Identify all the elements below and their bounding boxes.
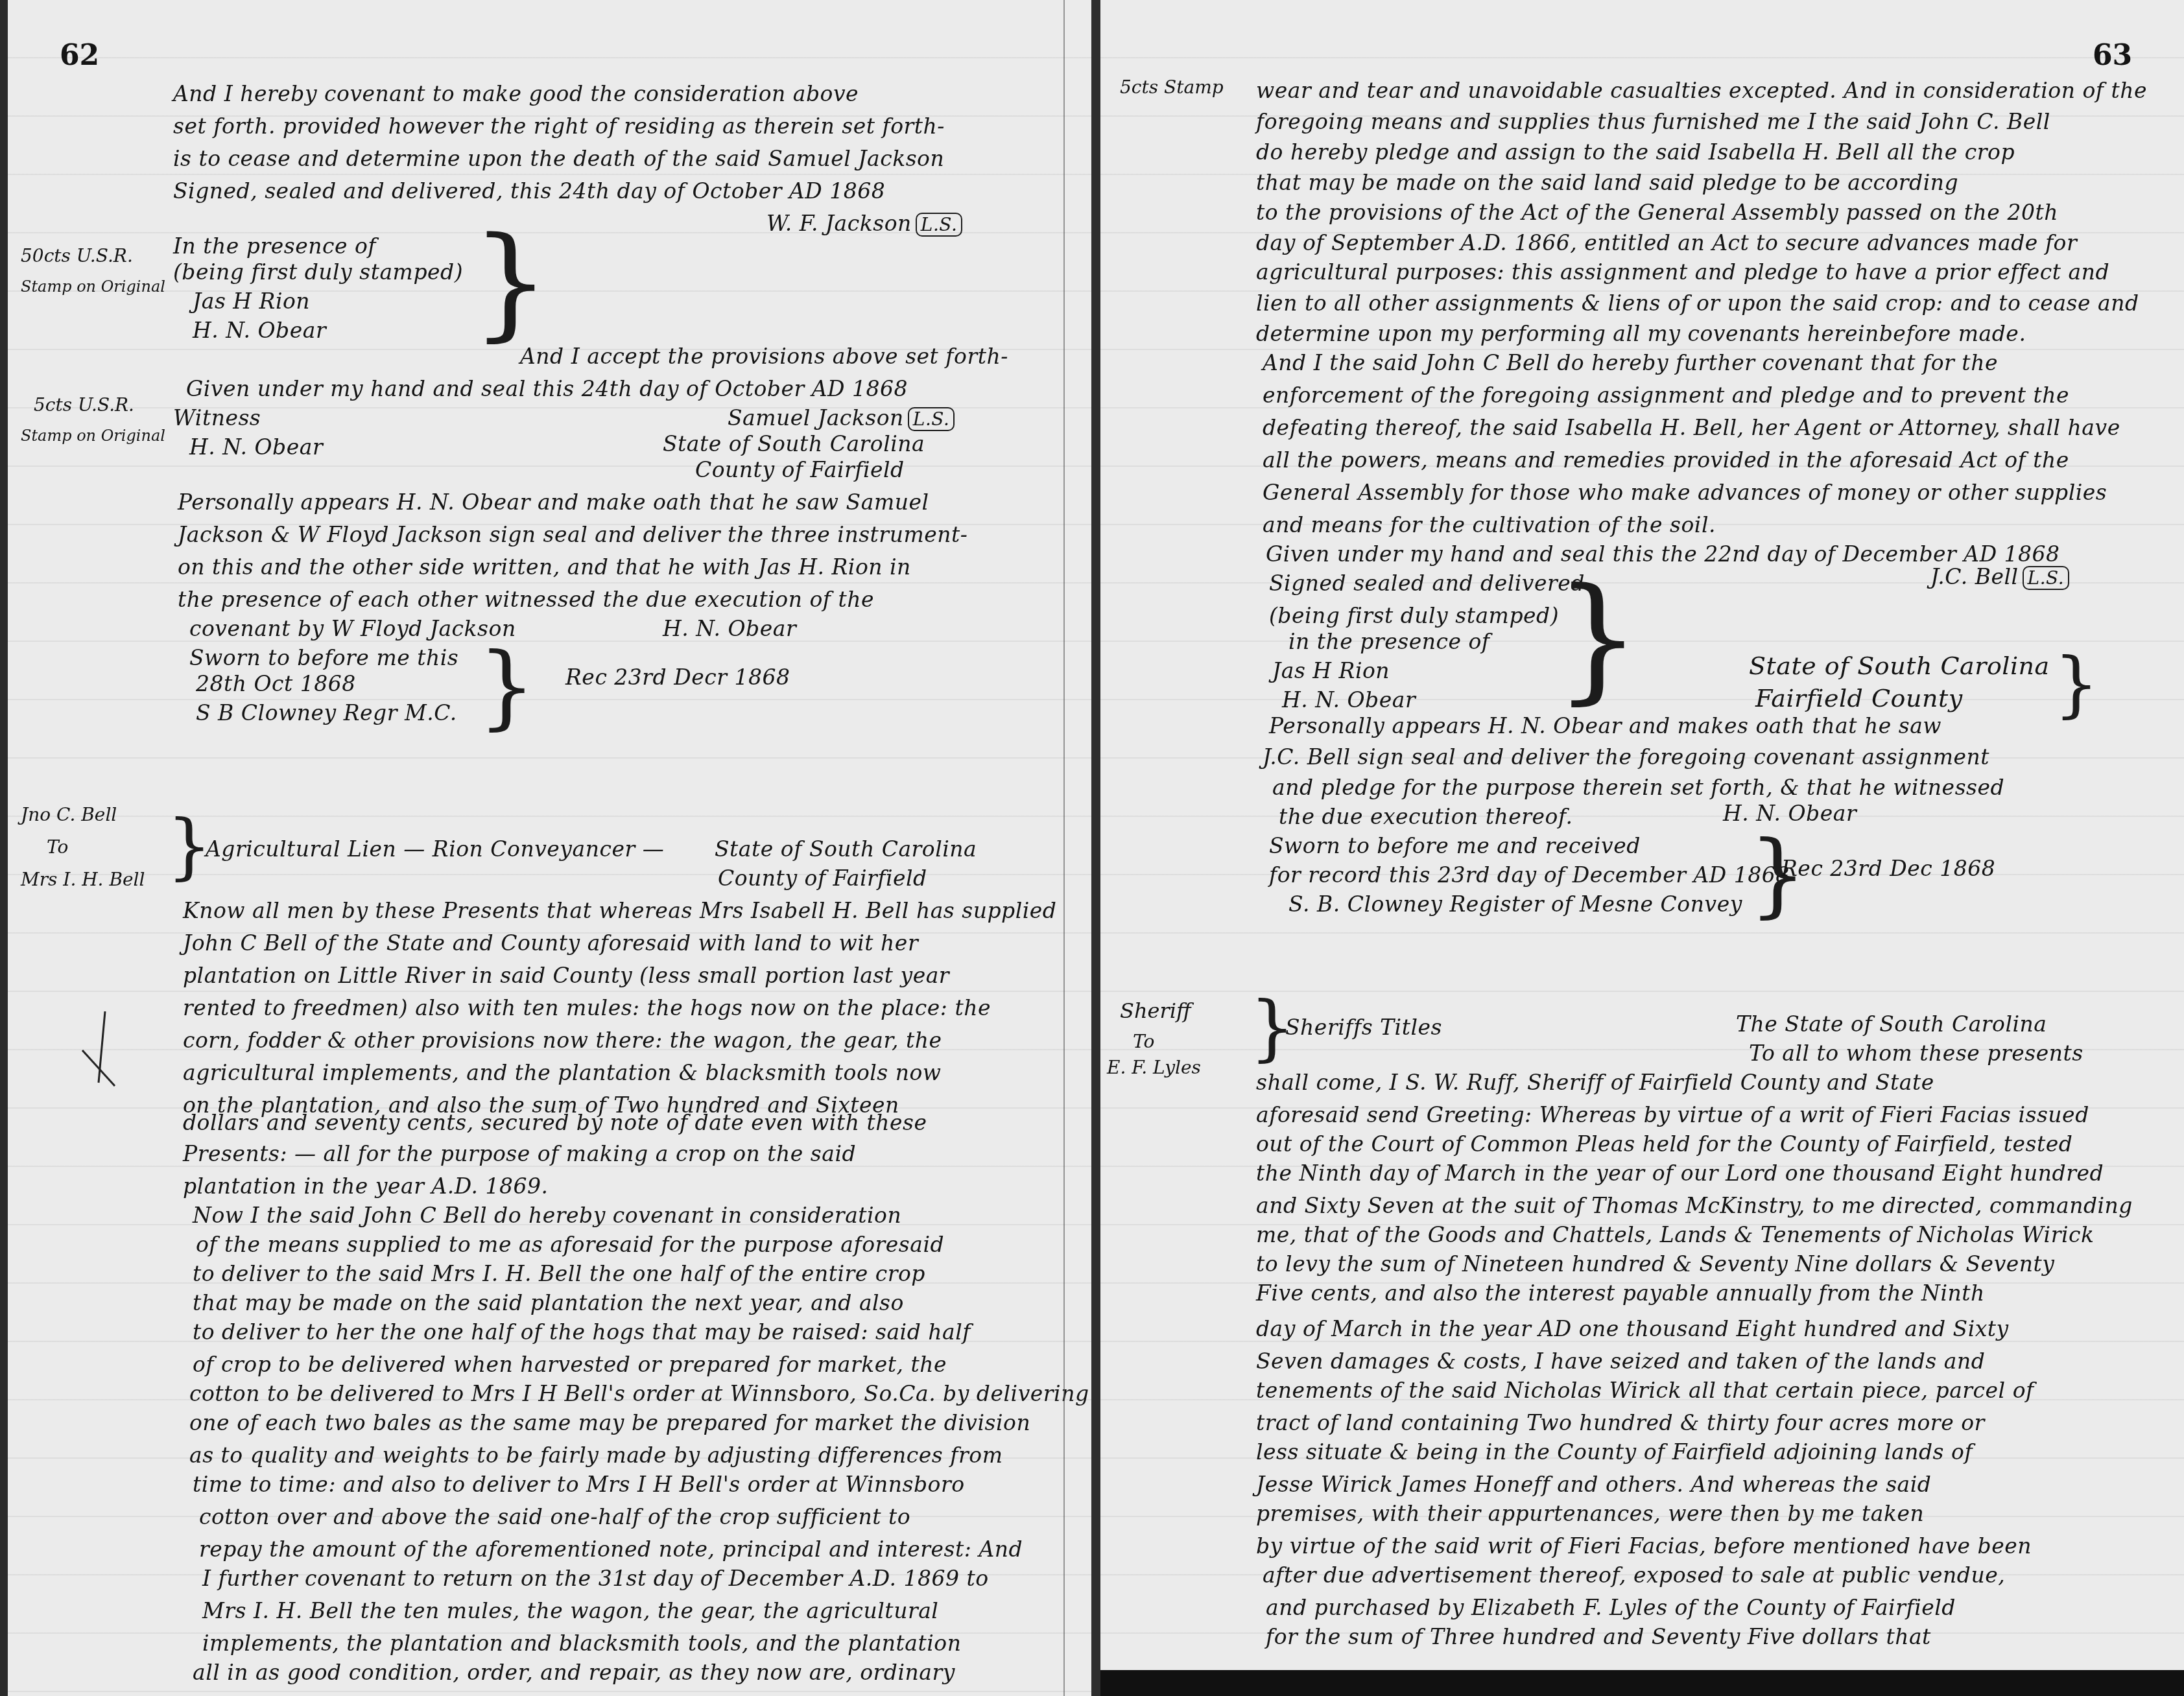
text-line: covenant by W Floyd Jackson [189, 616, 516, 641]
bottom-edge [1100, 1670, 2184, 1696]
text-line: do hereby pledge and assign to the said … [1256, 139, 2015, 165]
text-line: aforesaid send Greeting: Whereas by virt… [1256, 1102, 2089, 1127]
text-line: Given under my hand and seal this the 22… [1266, 541, 2060, 567]
text-line: Sworn to before me this [189, 645, 458, 670]
margin-note-stamp: 5cts Stamp [1120, 77, 1224, 98]
text-line: defeating thereof, the said Isabella H. … [1263, 415, 2120, 440]
margin-note-to: To [1133, 1031, 1154, 1052]
margin-note-grantor: Sheriff [1120, 998, 1191, 1023]
text-line: set forth. provided however the right of… [173, 113, 945, 139]
state-heading: The State of South Carolina [1736, 1011, 2047, 1037]
county-heading: County of Fairfield [718, 866, 927, 891]
registrar-signature: S. B. Clowney Register of Mesne Convey [1288, 891, 1742, 917]
text-line: Sworn to before me and received [1269, 833, 1641, 858]
text-line: determine upon my performing all my cove… [1256, 321, 2026, 346]
brace: } [2054, 648, 2099, 720]
text-line: J.C. Bell sign seal and deliver the fore… [1263, 744, 1989, 770]
text-line: Given under my hand and seal this 24th d… [186, 376, 908, 401]
text-line: In the presence of [173, 233, 376, 259]
text-line: me, that of the Goods and Chattels, Land… [1256, 1222, 2094, 1247]
text-line: the Ninth day of March in the year of ou… [1256, 1160, 2104, 1186]
text-line: for the sum of Three hundred and Seventy… [1266, 1624, 1931, 1649]
address-line: To all to whom these presents [1749, 1041, 2083, 1066]
text-line: Know all men by these Presents that wher… [183, 898, 1056, 923]
witness-name: H. N. Obear [189, 434, 323, 460]
text-line: cotton to be delivered to Mrs I H Bell's… [189, 1381, 1089, 1406]
text-line: corn, fodder & other provisions now ther… [183, 1028, 942, 1053]
text-line: and Sixty Seven at the suit of Thomas Mc… [1256, 1193, 2133, 1218]
witness-name: H. N. Obear [1282, 687, 1416, 713]
text-line: Signed sealed and delivered [1269, 571, 1585, 596]
seal-mark: L.S. [2023, 566, 2070, 590]
state-heading: State of South Carolina [1749, 652, 2050, 680]
margin-note-grantee: E. F. Lyles [1107, 1057, 1201, 1078]
text-line: Jackson & W Floyd Jackson sign seal and … [178, 522, 967, 547]
brace: } [478, 642, 536, 733]
text-line: (being first duly stamped) [173, 259, 463, 285]
text-line: Five cents, and also the interest payabl… [1256, 1280, 1985, 1306]
text-line: plantation in the year A.D. 1869. [183, 1173, 548, 1199]
text-line: And I the said John C Bell do hereby fur… [1263, 350, 1998, 375]
text-line: And I accept the provisions above set fo… [520, 344, 1008, 369]
text-line: Personally appears H. N. Obear and make … [178, 489, 929, 515]
margin-note-grantor: Jno C. Bell [21, 804, 117, 825]
state-heading: State of South Carolina [715, 836, 977, 862]
page-number: 63 [2093, 39, 2132, 72]
text-line: as to quality and weights to be fairly m… [189, 1443, 1003, 1468]
state-heading: State of South Carolina [663, 431, 925, 456]
text-line: to the provisions of the Act of the Gene… [1256, 200, 2058, 225]
text-line: And I hereby covenant to make good the c… [173, 81, 859, 106]
text-line: to levy the sum of Nineteen hundred & Se… [1256, 1251, 2054, 1277]
text-line: I further covenant to return on the 31st… [202, 1566, 989, 1591]
margin-note-grantee: Mrs I. H. Bell [21, 869, 145, 890]
text-line: lien to all other assignments & liens of… [1256, 290, 2139, 316]
seal-mark: L.S. [908, 407, 955, 431]
record-date: Rec 23rd Dec 1868 [1781, 856, 1995, 881]
instrument-title: Agricultural Lien — Rion Conveyancer — [206, 836, 664, 862]
text-line: after due advertisement thereof, exposed… [1263, 1562, 2005, 1588]
text-line: and means for the cultivation of the soi… [1263, 512, 1716, 537]
text-line: repay the amount of the aforementioned n… [199, 1537, 1023, 1562]
text-line: that may be made on the said land said p… [1256, 170, 1958, 195]
text-line: of crop to be delivered when harvested o… [193, 1352, 947, 1377]
text-line: (being first duly stamped) [1269, 603, 1559, 628]
date: 28th Oct 1868 [196, 671, 356, 696]
ledger-spread: 62 50cts U.S.R. Stamp on Original 5cts U… [0, 0, 2184, 1696]
text-line: out of the Court of Common Pleas held fo… [1256, 1131, 2072, 1157]
text-line: dollars and seventy cents, secured by no… [183, 1110, 927, 1135]
record-date: Rec 23rd Decr 1868 [565, 665, 790, 690]
text-line: foregoing means and supplies thus furnis… [1256, 109, 2050, 134]
text-line: tract of land containing Two hundred & t… [1256, 1410, 1985, 1435]
text-line: Personally appears H. N. Obear and makes… [1269, 713, 1941, 738]
margin-note-stamp: 50cts U.S.R. [21, 245, 133, 266]
witness-name: H. N. Obear [193, 318, 326, 343]
text-line: time to time: and also to deliver to Mrs… [193, 1472, 965, 1497]
signature: H. N. Obear [663, 616, 796, 641]
gutter-rule [1063, 0, 1065, 1696]
county-heading: County of Fairfield [695, 457, 905, 482]
text-line: Mrs I. H. Bell the ten mules, the wagon,… [202, 1598, 938, 1623]
text-line: that may be made on the said plantation … [193, 1290, 904, 1315]
text-line: tenements of the said Nicholas Wirick al… [1256, 1378, 2034, 1403]
text-line: agricultural purposes: this assignment a… [1256, 259, 2109, 285]
margin-note-stamp-sub: Stamp on Original [21, 427, 165, 445]
text-line: the presence of each other witnessed the… [178, 587, 874, 612]
text-line: rented to freedmen) also with ten mules:… [183, 995, 991, 1020]
text-line: all in as good condition, order, and rep… [193, 1660, 955, 1685]
text-line: to deliver to the said Mrs I. H. Bell th… [193, 1261, 925, 1286]
witness-name: Jas H Rion [193, 289, 310, 314]
text-line: cotton over and above the said one-half … [199, 1504, 910, 1529]
text-line: Seven damages & costs, I have seized and… [1256, 1349, 1985, 1374]
signature: Samuel JacksonL.S. [728, 405, 955, 431]
text-line: agricultural implements, and the plantat… [183, 1060, 942, 1085]
right-page: 63 5cts Stamp Sheriff To E. F. Lyles wea… [1100, 0, 2184, 1696]
seal-mark: L.S. [916, 213, 963, 237]
text-line: day of March in the year AD one thousand… [1256, 1316, 2009, 1341]
text-line: enforcement of the foregoing assignment … [1263, 383, 2069, 408]
text-line: John C Bell of the State and County afor… [183, 930, 918, 956]
signature: J.C. BellL.S. [1930, 564, 2069, 590]
left-page: 62 50cts U.S.R. Stamp on Original 5cts U… [0, 0, 1091, 1696]
text-line: is to cease and determine upon the death… [173, 146, 944, 171]
county-heading: Fairfield County [1755, 684, 1963, 713]
brace: } [471, 220, 550, 344]
text-line: plantation on Little River in said Count… [183, 963, 949, 988]
text-line: and pledge for the purpose therein set f… [1272, 775, 2004, 800]
registrar-signature: S B Clowney Regr M.C. [196, 700, 457, 725]
margin-note-stamp-sub: Stamp on Original [21, 277, 165, 296]
text-line: in the presence of [1288, 629, 1490, 654]
text-line: for record this 23rd day of December AD … [1269, 862, 1790, 888]
text-line: Witness [173, 405, 261, 430]
text-line: all the powers, means and remedies provi… [1263, 447, 2069, 473]
text-line: and purchased by Elizabeth F. Lyles of t… [1266, 1595, 1956, 1620]
text-line: General Assembly for those who make adva… [1263, 480, 2107, 505]
text-line: Signed, sealed and delivered, this 24th … [173, 178, 885, 204]
book-gutter [1091, 0, 1100, 1696]
instrument-title: Sheriffs Titles [1285, 1015, 1442, 1040]
text-line: Presents: — all for the purpose of makin… [183, 1141, 856, 1166]
text-line: shall come, I S. W. Ruff, Sheriff of Fai… [1256, 1070, 1934, 1095]
page-number: 62 [60, 39, 99, 72]
text-line: day of September A.D. 1866, entitled an … [1256, 230, 2077, 255]
text-line: wear and tear and unavoidable casualties… [1256, 78, 2147, 103]
brace: } [1554, 571, 1641, 707]
signature: W. F. JacksonL.S. [766, 211, 962, 237]
text-line: less situate & being in the County of Fa… [1256, 1439, 1973, 1465]
witness-name: Jas H Rion [1272, 658, 1390, 683]
text-line: Jesse Wirick James Honeff and others. An… [1256, 1472, 1931, 1497]
text-line: premises, with their appurtenances, were… [1256, 1501, 1924, 1526]
margin-note-to: To [47, 836, 68, 858]
text-line: one of each two bales as the same may be… [189, 1410, 1030, 1435]
margin-note-stamp: 5cts U.S.R. [34, 394, 134, 416]
text-line: on this and the other side written, and … [178, 554, 911, 580]
cross-mark-icon [79, 1011, 118, 1089]
text-line: Now I the said John C Bell do hereby cov… [193, 1203, 901, 1228]
text-line: the due execution thereof. [1279, 804, 1573, 829]
text-line: of the means supplied to me as aforesaid… [196, 1232, 944, 1257]
text-line: implements, the plantation and blacksmit… [202, 1631, 962, 1656]
text-line: by virtue of the said writ of Fieri Faci… [1256, 1533, 2032, 1559]
text-line: to deliver to her the one half of the ho… [193, 1319, 971, 1345]
